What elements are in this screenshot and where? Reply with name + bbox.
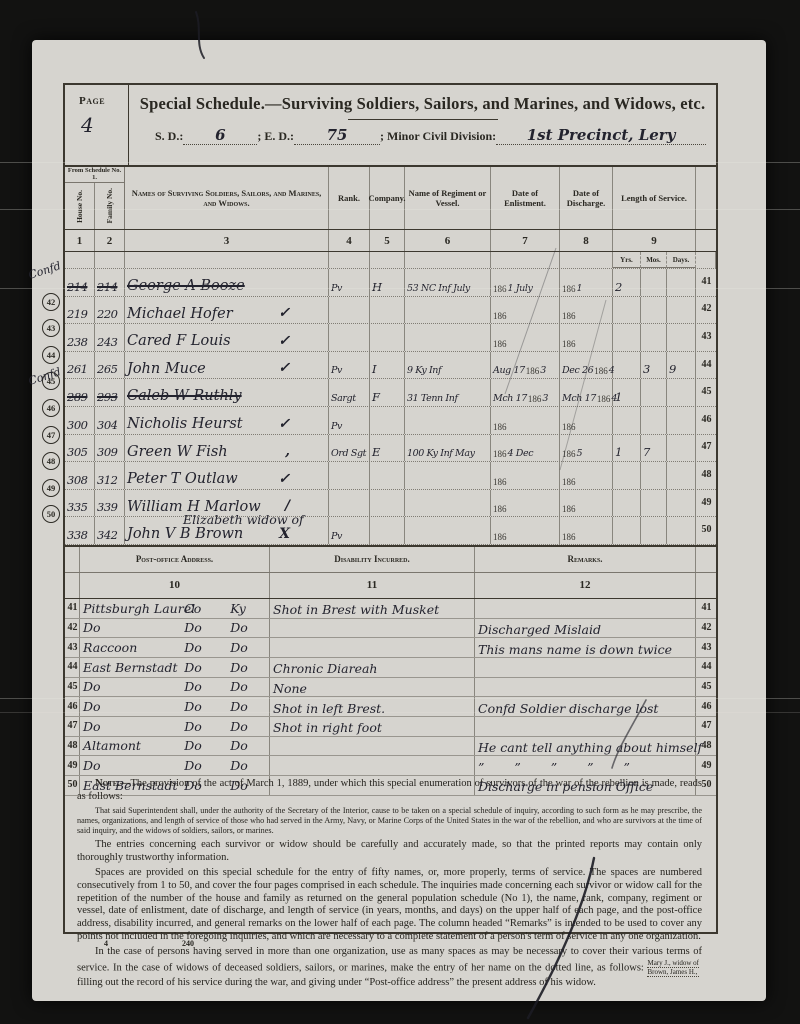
margin-note-confd: Confd (27, 259, 63, 282)
printed-year-stub: 186 (493, 449, 507, 459)
printed-year-stub: 186 (597, 394, 611, 404)
house-no-cell: 308 (65, 462, 95, 489)
row-number: 41 (65, 599, 80, 618)
po-county-value: Do (184, 620, 202, 635)
family-no-value: 220 (97, 307, 117, 321)
disability-cell: Shot in Brest with Musket (270, 599, 475, 618)
years-cell (613, 407, 641, 434)
name-cell: Nicholis Heurst✓ (125, 407, 329, 434)
family-no-header: Family No. (95, 183, 124, 229)
remarks-cell (475, 717, 696, 736)
po-town-value: Do (83, 679, 101, 694)
soldier-name: Nicholis Heurst (127, 417, 243, 432)
enlistment-cell: 186 (491, 462, 560, 489)
disability-cell (270, 638, 475, 657)
mcd-value: 1st Precinct, Lery (496, 126, 706, 145)
months-cell: 7 (641, 435, 667, 462)
soldier-row: 338342John V B BrownXPv18618650 (65, 517, 716, 545)
enlistment-cell: 186 (491, 490, 560, 517)
row-number: 43 (696, 638, 716, 657)
regiment-cell: 53 NC Inf July (405, 269, 491, 296)
enlistment-cell: 186 (491, 324, 560, 351)
days-cell (667, 490, 696, 517)
address-row: 44East BernstadtDoDoChronic Diareah44 (65, 658, 716, 678)
printed-year-stub: 186 (528, 394, 542, 404)
discharge-cell: 186 (560, 324, 613, 351)
po-county-value: Do (184, 758, 202, 773)
enlist-year: 3 (542, 393, 548, 404)
po-state: Do (230, 759, 267, 774)
remarks-value: Discharge in pension Office (478, 781, 653, 794)
years-cell (613, 490, 641, 517)
row-number: 49 (696, 756, 716, 775)
colnum-4: 4 (329, 230, 370, 251)
days-cell (667, 407, 696, 434)
discharge-cell: Dec 261864 (560, 352, 613, 379)
row-number: 45 (696, 678, 716, 697)
mcd-label: ; Minor Civil Division: (380, 129, 496, 144)
postoffice-cell: Pittsburgh LaurelCoKy (80, 599, 270, 618)
family-no-value: 265 (97, 362, 117, 376)
months-cell (641, 462, 667, 489)
company-cell (370, 490, 405, 517)
row-number: 49 (65, 756, 80, 775)
service-header: Length of Service. (613, 167, 696, 229)
po-town: East Bernstadt (83, 661, 184, 676)
colnum-1: 1 (65, 230, 95, 251)
ed-value: 75 (294, 126, 380, 145)
family-no-cell: 342 (95, 517, 125, 544)
tally-mark: , (285, 443, 290, 459)
postoffice-cell: DoDoDo (80, 756, 270, 775)
colnum-5: 5 (370, 230, 405, 251)
name-cell: Michael Hofer✓ (125, 297, 329, 324)
paper-sheet: Page 4 Special Schedule.—Surviving Soldi… (32, 40, 766, 1001)
discharge-cell: 186 (560, 462, 613, 489)
soldier-row: 335339William H Marlow/Elizabeth widow o… (65, 490, 716, 518)
discharge-cell: 186 (560, 517, 613, 544)
sd-label: S. D.: (155, 129, 183, 144)
rownum-header (696, 167, 716, 229)
tally-mark: ✓ (278, 416, 290, 432)
years-cell: 1 (613, 435, 641, 462)
district-line: S. D.: 6 ; E. D.: 75 ; Minor Civil Divis… (129, 126, 716, 145)
house-no-value: 238 (67, 335, 87, 349)
remarks-value: ” ” ” ” ” (478, 762, 630, 775)
house-no-value: 300 (67, 418, 87, 432)
row-number: 42 (65, 619, 80, 638)
name-cell: Caleb W Ruthly (125, 379, 329, 406)
soldier-row: 308312Peter T Outlaw✓18618648 (65, 462, 716, 490)
row-number: 44 (696, 658, 716, 677)
name-cell: George A Booze (125, 269, 329, 296)
remarks-cell (475, 599, 696, 618)
discharge-day: Dec 26 (562, 365, 593, 376)
po-state: Do (230, 621, 267, 636)
company-cell (370, 297, 405, 324)
family-no-value: 342 (97, 528, 117, 542)
soldier-name: George A Booze (127, 279, 245, 294)
printed-year-stub: 186 (526, 366, 540, 376)
row-number: 41 (696, 599, 716, 618)
months-cell (641, 517, 667, 544)
margin-circled-number: 46 (42, 399, 60, 417)
title-cell: Special Schedule.—Surviving Soldiers, Sa… (129, 85, 716, 165)
regiment-cell (405, 324, 491, 351)
colnum-2: 2 (95, 230, 125, 251)
colnum-7: 7 (491, 230, 560, 251)
soldier-name: Peter T Outlaw (127, 472, 238, 487)
soldier-row: 300304Nicholis Heurst✓Pv18618646 (65, 407, 716, 435)
po-county: Do (184, 680, 230, 695)
soldier-row: 214214George A BoozePvH53 NC Inf July186… (65, 269, 716, 297)
upper-rows: 214214George A BoozePvH53 NC Inf July186… (65, 269, 716, 545)
po-county-value: Co (184, 601, 201, 616)
years-value: 2 (615, 280, 622, 294)
enlistment-cell: 186 (491, 297, 560, 324)
rank-cell (329, 297, 370, 324)
remarks-cell: This mans name is down twice (475, 638, 696, 657)
name-cell: Cared F Louis✓ (125, 324, 329, 351)
po-town-value: Do (83, 620, 101, 635)
row-number: 46 (696, 697, 716, 716)
months-value: 3 (643, 362, 650, 376)
note-section: Note.—The provision of the act of March … (77, 778, 702, 991)
company-value: H (372, 280, 382, 294)
house-no-value: 289 (67, 390, 87, 404)
tally-mark: X (279, 526, 290, 542)
po-town: Pittsburgh Laurel (83, 602, 184, 617)
postoffice-header: Post-office Address. (80, 547, 270, 572)
remarks-cell: ” ” ” ” ” (475, 756, 696, 775)
printed-year-stub: 186 (594, 366, 608, 376)
days-cell (667, 435, 696, 462)
discharge-cell: 1861 (560, 269, 613, 296)
disability-value: Shot in right foot (273, 722, 382, 735)
margin-circled-number: 49 (42, 479, 60, 497)
address-row: 43RaccoonDoDoThis mans name is down twic… (65, 638, 716, 658)
disability-cell (270, 619, 475, 638)
house-no-value: 335 (67, 500, 87, 514)
family-no-cell: 243 (95, 324, 125, 351)
from-schedule-label: From Schedule No. 1. (65, 167, 124, 183)
family-no-cell: 293 (95, 379, 125, 406)
enlistment-cell: 1861 July (491, 269, 560, 296)
po-state-value: Do (230, 640, 248, 655)
enlistment-cell: Aug 171863 (491, 352, 560, 379)
remarks-value: This mans name is down twice (478, 644, 672, 657)
house-no-cell: 300 (65, 407, 95, 434)
margin-circled-number: 48 (42, 452, 60, 470)
family-no-cell: 214 (95, 269, 125, 296)
row-number: 41 (696, 269, 716, 296)
days-cell (667, 379, 696, 406)
years-cell (613, 324, 641, 351)
po-county: Do (184, 661, 230, 676)
row-number: 44 (696, 352, 716, 379)
po-state: Do (230, 680, 267, 695)
remarks-cell: He cant tell anything about himself (475, 737, 696, 756)
regiment-cell (405, 517, 491, 544)
scan-artifact-line (0, 698, 800, 699)
family-no-value: 243 (97, 335, 117, 349)
margin-circled-number: 47 (42, 426, 60, 444)
colnum-8: 8 (560, 230, 613, 251)
margin-circled-number: 43 (42, 319, 60, 337)
house-no-cell: 305 (65, 435, 95, 462)
printed-year-stub: 186 (562, 311, 576, 321)
po-county: Do (184, 739, 230, 754)
address-row: 49DoDoDo” ” ” ” ”49 (65, 756, 716, 776)
po-state: Do (230, 661, 267, 676)
row-number: 45 (65, 678, 80, 697)
address-row: 45DoDoDoNone45 (65, 678, 716, 698)
printed-year-stub: 186 (562, 449, 576, 459)
address-row: 46DoDoDoShot in left Brest.Confd Soldier… (65, 697, 716, 717)
column-number-row: 1 2 3 4 5 6 7 8 9 (65, 230, 716, 252)
po-state: Do (230, 739, 267, 754)
margin-circled-number: 50 (42, 505, 60, 523)
years-cell (613, 297, 641, 324)
months-cell (641, 269, 667, 296)
discharge-cell: Mch 171864 (560, 379, 613, 406)
enlistment-header: Date of Enlistment. (491, 167, 560, 229)
remarks-value: Confd Soldier discharge lost (478, 703, 658, 716)
years-cell (613, 462, 641, 489)
postoffice-cell: DoDoDo (80, 697, 270, 716)
row-number: 42 (696, 619, 716, 638)
days-cell: 9 (667, 352, 696, 379)
enlist-day: Aug 17 (493, 365, 525, 376)
po-state-value: Ky (230, 601, 246, 616)
po-town-value: East Bernstadt (83, 660, 178, 675)
family-no-cell: 265 (95, 352, 125, 379)
disability-cell: Chronic Diareah (270, 658, 475, 677)
disability-value: Shot in Brest with Musket (273, 604, 439, 617)
soldier-row: 289293Caleb W RuthlySargtF31 Tenn InfMch… (65, 379, 716, 407)
postoffice-cell: DoDoDo (80, 717, 270, 736)
days-value: 9 (669, 362, 676, 376)
disability-cell (270, 737, 475, 756)
disability-header: Disability Incurred. (270, 547, 475, 572)
po-state: Ky (230, 602, 267, 617)
row-number: 50 (696, 517, 716, 544)
discharge-cell: 186 (560, 407, 613, 434)
years-cell: 1 (613, 379, 641, 406)
row-number: 47 (696, 717, 716, 736)
soldier-name: Caleb W Ruthly (127, 389, 242, 404)
days-subheader: Days. (667, 252, 696, 268)
po-town: Do (83, 621, 184, 636)
months-cell (641, 297, 667, 324)
company-cell: F (370, 379, 405, 406)
scan-artifact-line (0, 712, 800, 713)
house-no-cell: 289 (65, 379, 95, 406)
po-state-value: Do (230, 660, 248, 675)
printed-year-stub: 186 (562, 504, 576, 514)
remarks-value: He cant tell anything about himself (478, 742, 702, 755)
discharge-cell: 1865 (560, 435, 613, 462)
months-cell (641, 324, 667, 351)
regiment-cell (405, 462, 491, 489)
row-number: 49 (696, 490, 716, 517)
upper-column-headers: From Schedule No. 1. House No. Family No… (65, 167, 716, 230)
soldier-name: John V B Brown (127, 527, 243, 542)
margin-circled-number: 42 (42, 293, 60, 311)
printed-year-stub: 186 (562, 532, 576, 542)
rank-header: Rank. (329, 167, 370, 229)
regiment-cell: 31 Tenn Inf (405, 379, 491, 406)
colnum-9: 9 (613, 230, 696, 251)
rank-value: Sargt (331, 393, 356, 404)
months-cell (641, 490, 667, 517)
remarks-cell: Confd Soldier discharge lost (475, 697, 696, 716)
po-town-value: Raccoon (83, 640, 137, 655)
regiment-value: 100 Ky Inf May (407, 448, 475, 459)
colnum-6: 6 (405, 230, 491, 251)
po-town: Do (83, 680, 184, 695)
lower-column-headers: Post-office Address. Disability Incurred… (65, 545, 716, 573)
colnum-blank (696, 230, 716, 251)
row-number: 45 (696, 379, 716, 406)
scan-artifact-line (0, 288, 800, 289)
soldier-name: John Muce (127, 362, 206, 377)
printed-year-stub: 186 (562, 339, 576, 349)
row-number: 46 (65, 697, 80, 716)
form-header: Page 4 Special Schedule.—Surviving Soldi… (65, 85, 716, 167)
widow-example: Mary J., widow ofBrown, James H., (647, 959, 699, 977)
rank-cell (329, 324, 370, 351)
rank-cell: Pv (329, 407, 370, 434)
enlist-year: 3 (540, 365, 546, 376)
row-number: 44 (65, 658, 80, 677)
po-county: Do (184, 641, 230, 656)
page-label: Page (79, 95, 128, 107)
company-header: Company. (370, 167, 405, 229)
disability-value: Chronic Diareah (273, 663, 378, 676)
regiment-cell (405, 297, 491, 324)
soldier-row: 238243Cared F Louis✓18618643 (65, 324, 716, 352)
address-row: 42DoDoDoDischarged Mislaid42 (65, 619, 716, 639)
rank-value: Pv (331, 421, 342, 432)
disability-value: None (273, 683, 307, 696)
postoffice-cell: DoDoDo (80, 619, 270, 638)
row-number: 47 (696, 435, 716, 462)
po-town-value: Pittsburgh Laurel (83, 601, 195, 616)
po-county: Do (184, 720, 230, 735)
years-value: 1 (615, 390, 622, 404)
po-town-value: Do (83, 719, 101, 734)
printed-year-stub: 186 (562, 422, 576, 432)
rank-cell: Pv (329, 269, 370, 296)
days-cell (667, 269, 696, 296)
soldier-name: Green W Fish (127, 445, 228, 460)
printed-year-stub: 186 (493, 311, 507, 321)
page-number-handwritten: 4 (81, 113, 128, 137)
regiment-value: 9 Ky Inf (407, 365, 441, 376)
printed-year-stub: 186 (493, 532, 507, 542)
rank-cell (329, 462, 370, 489)
tally-mark: ✓ (278, 471, 290, 487)
remarks-cell (475, 678, 696, 697)
row-number: 48 (696, 462, 716, 489)
rank-value: Ord Sgt (331, 448, 366, 459)
po-county-value: Do (184, 738, 202, 753)
postoffice-cell: DoDoDo (80, 678, 270, 697)
po-state-value: Do (230, 738, 248, 753)
discharge-year: 5 (577, 448, 583, 459)
po-county: Co (184, 602, 230, 617)
regiment-cell: 9 Ky Inf (405, 352, 491, 379)
page-number-cell: Page 4 (65, 85, 129, 165)
company-value: E (372, 445, 380, 459)
family-no-value: 309 (97, 445, 117, 459)
house-no-value: 219 (67, 307, 87, 321)
family-no-cell: 312 (95, 462, 125, 489)
margin-circled-number: 44 (42, 346, 60, 364)
rank-cell (329, 490, 370, 517)
name-cell: Peter T Outlaw✓ (125, 462, 329, 489)
enlistment-cell: 1864 Dec (491, 435, 560, 462)
soldier-name: Michael Hofer (127, 307, 233, 322)
company-cell: I (370, 352, 405, 379)
house-no-cell: 338 (65, 517, 95, 544)
family-no-cell: 309 (95, 435, 125, 462)
family-no-cell: 220 (95, 297, 125, 324)
house-no-value: 261 (67, 362, 87, 376)
note-paragraph-5: In the case of persons having served in … (77, 946, 702, 990)
discharge-cell: 186 (560, 490, 613, 517)
postoffice-cell: RaccoonDoDo (80, 638, 270, 657)
po-county: Do (184, 759, 230, 774)
colnum-12: 12 (475, 573, 696, 598)
family-no-value: 339 (97, 500, 117, 514)
po-county-value: Do (184, 719, 202, 734)
days-cell (667, 462, 696, 489)
company-cell (370, 407, 405, 434)
remarks-value: Discharged Mislaid (478, 624, 601, 637)
printed-year-stub: 186 (562, 477, 576, 487)
rank-cell: Sargt (329, 379, 370, 406)
address-row: 48AltamontDoDoHe cant tell anything abou… (65, 737, 716, 757)
ed-label: ; E. D.: (257, 129, 294, 144)
remarks-header: Remarks. (475, 547, 696, 572)
row-number: 47 (65, 717, 80, 736)
remarks-cell: Discharged Mislaid (475, 619, 696, 638)
note-lead: Note.— (95, 778, 131, 789)
family-no-value: 214 (97, 280, 117, 294)
enlistment-cell: 186 (491, 517, 560, 544)
printed-year-stub: 186 (493, 477, 507, 487)
po-town: Raccoon (83, 641, 184, 656)
disability-cell (270, 756, 475, 775)
printed-year-stub: 186 (493, 422, 507, 432)
house-no-cell: 238 (65, 324, 95, 351)
company-value: F (372, 390, 379, 404)
tally-mark: ✓ (278, 360, 290, 376)
po-county-value: Do (184, 679, 202, 694)
days-cell (667, 517, 696, 544)
printed-year-stub: 186 (493, 504, 507, 514)
lower-number-row: 10 11 12 (65, 573, 716, 599)
name-cell: William H Marlow/Elizabeth widow of (125, 490, 329, 517)
po-county-value: Do (184, 660, 202, 675)
house-no-cell: 335 (65, 490, 95, 517)
months-cell (641, 407, 667, 434)
months-cell: 3 (641, 352, 667, 379)
postoffice-cell: East BernstadtDoDo (80, 658, 270, 677)
regiment-value: 31 Tenn Inf (407, 393, 458, 404)
